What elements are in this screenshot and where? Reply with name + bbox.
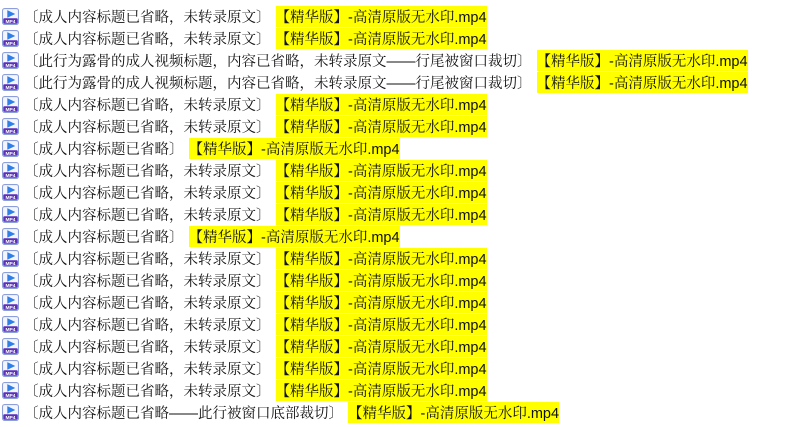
file-list-item[interactable]: MP4 〔成人内容标题已省略，未转录原文〕 【精华版】-高清原版无水印.mp4 xyxy=(2,27,810,49)
mp4-file-icon: MP4 xyxy=(2,272,19,289)
file-title-highlight: 【精华版】-高清原版无水印.mp4 xyxy=(276,116,487,137)
mp4-icon-label: MP4 xyxy=(5,238,15,244)
file-list-item[interactable]: MP4 〔成人内容标题已省略，未转录原文〕 【精华版】-高清原版无水印.mp4 xyxy=(2,269,810,291)
file-title-highlight: 【精华版】-高清原版无水印.mp4 xyxy=(276,204,487,225)
file-list-item[interactable]: MP4 〔成人内容标题已省略，未转录原文〕 【精华版】-高清原版无水印.mp4 xyxy=(2,181,810,203)
mp4-icon-label: MP4 xyxy=(5,392,15,398)
file-title: 〔成人内容标题已省略，未转录原文〕 xyxy=(24,380,271,401)
file-list-item[interactable]: MP4 〔成人内容标题已省略，未转录原文〕 【精华版】-高清原版无水印.mp4 xyxy=(2,159,810,181)
file-title: 〔此行为露骨的成人视频标题，内容已省略，未转录原文——行尾被窗口裁切〕 xyxy=(24,72,532,93)
file-title-highlight: 【精华版】-高清原版无水印.mp4 xyxy=(276,314,487,335)
mp4-file-icon: MP4 xyxy=(2,184,19,201)
file-title: 〔成人内容标题已省略，未转录原文〕 xyxy=(24,160,271,181)
mp4-icon-label: MP4 xyxy=(5,282,15,288)
file-title-highlight: 【精华版】-高清原版无水印.mp4 xyxy=(189,226,400,247)
mp4-icon-label: MP4 xyxy=(5,40,15,46)
file-list-item[interactable]: MP4 〔成人内容标题已省略，未转录原文〕 【精华版】-高清原版无水印.mp4 xyxy=(2,379,810,401)
mp4-file-icon: MP4 xyxy=(2,30,19,47)
file-list-item[interactable]: MP4 〔成人内容标题已省略，未转录原文〕 【精华版】-高清原版无水印.mp4 xyxy=(2,93,810,115)
file-title: 〔成人内容标题已省略，未转录原文〕 xyxy=(24,336,271,357)
mp4-file-icon: MP4 xyxy=(2,96,19,113)
file-title: 〔成人内容标题已省略，未转录原文〕 xyxy=(24,358,271,379)
file-title-highlight: 【精华版】-高清原版无水印.mp4 xyxy=(276,336,487,357)
file-list-item[interactable]: MP4 〔成人内容标题已省略——此行被窗口底部裁切〕 【精华版】-高清原版无水印… xyxy=(2,401,810,423)
file-title: 〔成人内容标题已省略，未转录原文〕 xyxy=(24,116,271,137)
mp4-icon-label: MP4 xyxy=(5,348,15,354)
file-title-highlight: 【精华版】-高清原版无水印.mp4 xyxy=(276,28,487,49)
file-title-highlight: 【精华版】-高清原版无水印.mp4 xyxy=(276,182,487,203)
file-title-highlight: 【精华版】-高清原版无水印.mp4 xyxy=(189,138,400,159)
mp4-icon-label: MP4 xyxy=(5,194,15,200)
mp4-file-icon: MP4 xyxy=(2,74,19,91)
file-title: 〔成人内容标题已省略，未转录原文〕 xyxy=(24,204,271,225)
file-list-item[interactable]: MP4 〔成人内容标题已省略，未转录原文〕 【精华版】-高清原版无水印.mp4 xyxy=(2,313,810,335)
mp4-file-icon: MP4 xyxy=(2,294,19,311)
mp4-file-icon: MP4 xyxy=(2,140,19,157)
file-title: 〔成人内容标题已省略，未转录原文〕 xyxy=(24,248,271,269)
file-list-item[interactable]: MP4 〔成人内容标题已省略〕 【精华版】-高清原版无水印.mp4 xyxy=(2,137,810,159)
mp4-file-icon: MP4 xyxy=(2,338,19,355)
mp4-icon-label: MP4 xyxy=(5,414,15,420)
mp4-file-icon: MP4 xyxy=(2,52,19,69)
file-title: 〔成人内容标题已省略，未转录原文〕 xyxy=(24,6,271,27)
mp4-file-icon: MP4 xyxy=(2,118,19,135)
file-list-item[interactable]: MP4 〔成人内容标题已省略，未转录原文〕 【精华版】-高清原版无水印.mp4 xyxy=(2,5,810,27)
mp4-icon-label: MP4 xyxy=(5,260,15,266)
mp4-file-icon: MP4 xyxy=(2,206,19,223)
mp4-icon-label: MP4 xyxy=(5,326,15,332)
file-list: MP4 〔成人内容标题已省略，未转录原文〕 【精华版】-高清原版无水印.mp4 … xyxy=(0,0,812,427)
file-list-item[interactable]: MP4 〔此行为露骨的成人视频标题，内容已省略，未转录原文——行尾被窗口裁切〕 … xyxy=(2,71,810,93)
mp4-file-icon: MP4 xyxy=(2,162,19,179)
file-title-highlight: 【精华版】-高清原版无水印.mp4 xyxy=(276,94,487,115)
mp4-icon-label: MP4 xyxy=(5,150,15,156)
mp4-file-icon: MP4 xyxy=(2,250,19,267)
file-title: 〔成人内容标题已省略，未转录原文〕 xyxy=(24,292,271,313)
mp4-icon-label: MP4 xyxy=(5,106,15,112)
mp4-icon-label: MP4 xyxy=(5,128,15,134)
file-list-item[interactable]: MP4 〔成人内容标题已省略，未转录原文〕 【精华版】-高清原版无水印.mp4 xyxy=(2,357,810,379)
file-title-highlight: 【精华版】-高清原版无水印.mp4 xyxy=(348,402,559,423)
file-title: 〔此行为露骨的成人视频标题，内容已省略，未转录原文——行尾被窗口裁切〕 xyxy=(24,50,532,71)
file-list-item[interactable]: MP4 〔此行为露骨的成人视频标题，内容已省略，未转录原文——行尾被窗口裁切〕 … xyxy=(2,49,810,71)
file-list-item[interactable]: MP4 〔成人内容标题已省略，未转录原文〕 【精华版】-高清原版无水印.mp4 xyxy=(2,335,810,357)
mp4-icon-label: MP4 xyxy=(5,370,15,376)
file-title-highlight: 【精华版】-高清原版无水印.mp4 xyxy=(537,72,748,93)
file-title-highlight: 【精华版】-高清原版无水印.mp4 xyxy=(276,248,487,269)
mp4-file-icon: MP4 xyxy=(2,360,19,377)
mp4-icon-label: MP4 xyxy=(5,62,15,68)
mp4-icon-label: MP4 xyxy=(5,84,15,90)
file-title: 〔成人内容标题已省略，未转录原文〕 xyxy=(24,270,271,291)
file-title-highlight: 【精华版】-高清原版无水印.mp4 xyxy=(276,160,487,181)
file-list-item[interactable]: MP4 〔成人内容标题已省略，未转录原文〕 【精华版】-高清原版无水印.mp4 xyxy=(2,203,810,225)
mp4-file-icon: MP4 xyxy=(2,228,19,245)
mp4-icon-label: MP4 xyxy=(5,304,15,310)
mp4-icon-label: MP4 xyxy=(5,18,15,24)
file-title: 〔成人内容标题已省略，未转录原文〕 xyxy=(24,314,271,335)
file-list-item[interactable]: MP4 〔成人内容标题已省略，未转录原文〕 【精华版】-高清原版无水印.mp4 xyxy=(2,247,810,269)
mp4-icon-label: MP4 xyxy=(5,216,15,222)
mp4-file-icon: MP4 xyxy=(2,316,19,333)
mp4-file-icon: MP4 xyxy=(2,382,19,399)
file-list-item[interactable]: MP4 〔成人内容标题已省略〕 【精华版】-高清原版无水印.mp4 xyxy=(2,225,810,247)
file-list-item[interactable]: MP4 〔成人内容标题已省略，未转录原文〕 【精华版】-高清原版无水印.mp4 xyxy=(2,291,810,313)
file-title: 〔成人内容标题已省略，未转录原文〕 xyxy=(24,28,271,49)
file-title-highlight: 【精华版】-高清原版无水印.mp4 xyxy=(276,6,487,27)
file-title-highlight: 【精华版】-高清原版无水印.mp4 xyxy=(276,270,487,291)
file-title-highlight: 【精华版】-高清原版无水印.mp4 xyxy=(276,292,487,313)
mp4-file-icon: MP4 xyxy=(2,8,19,25)
file-title-highlight: 【精华版】-高清原版无水印.mp4 xyxy=(537,50,748,71)
file-title-highlight: 【精华版】-高清原版无水印.mp4 xyxy=(276,380,487,401)
mp4-icon-label: MP4 xyxy=(5,172,15,178)
file-list-item[interactable]: MP4 〔成人内容标题已省略，未转录原文〕 【精华版】-高清原版无水印.mp4 xyxy=(2,115,810,137)
file-title: 〔成人内容标题已省略〕 xyxy=(24,226,184,247)
file-title: 〔成人内容标题已省略——此行被窗口底部裁切〕 xyxy=(24,402,343,423)
file-title: 〔成人内容标题已省略，未转录原文〕 xyxy=(24,94,271,115)
file-title-highlight: 【精华版】-高清原版无水印.mp4 xyxy=(276,358,487,379)
file-title: 〔成人内容标题已省略，未转录原文〕 xyxy=(24,182,271,203)
file-title: 〔成人内容标题已省略〕 xyxy=(24,138,184,159)
mp4-file-icon: MP4 xyxy=(2,404,19,421)
